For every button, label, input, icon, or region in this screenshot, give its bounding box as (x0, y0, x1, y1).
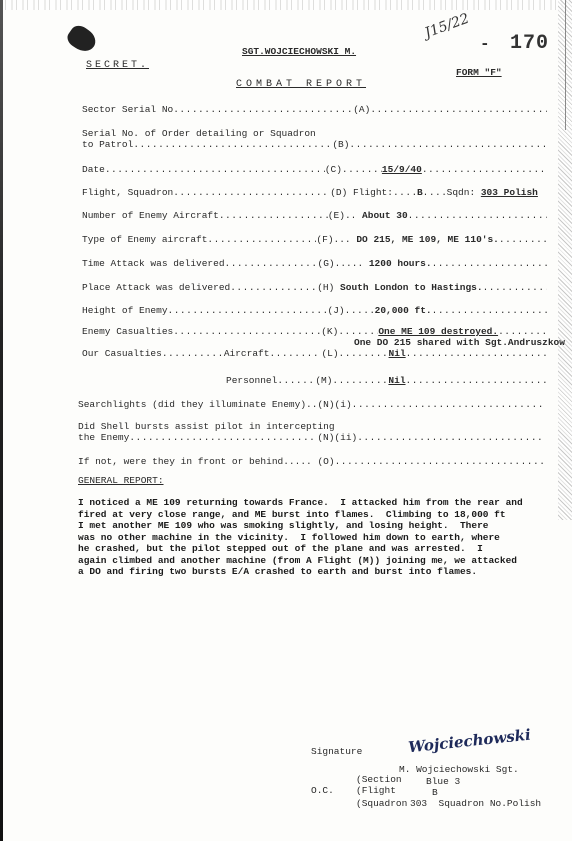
squadron-value: 303 Squadron No.Polish (410, 798, 541, 809)
field-date: Date(C)15/9/40 (82, 164, 547, 175)
field-enemy-casualties-line2: One DO 215 shared with Sgt.Andruszkow (354, 337, 565, 348)
pilot-name: SGT.WOJCIECHOWSKI M. (242, 46, 356, 58)
field-label: Height of Enemy (82, 305, 168, 316)
classification: SECRET. (86, 60, 149, 72)
handwritten-signature: Wojciechowski (407, 726, 531, 757)
field-front-or-behind: If not, were they in front or behind....… (78, 456, 543, 467)
general-report-heading: GENERAL REPORT: (78, 475, 164, 487)
field-order-serial-line1: Serial No. of Order detailing or Squadro… (82, 128, 547, 139)
scan-edge-top (0, 0, 572, 10)
field-label: If not, were they in front or behind (78, 456, 283, 467)
general-report-text: I noticed a ME 109 returning towards Fra… (78, 497, 538, 578)
field-label: Time Attack was delivered (82, 258, 225, 269)
field-code: (N)(i) (317, 399, 351, 410)
archive-reference: J15/22 (423, 13, 470, 40)
field-enemy-number: Number of Enemy Aircraft(E).. About 30 (82, 210, 547, 221)
section-label: (Section (356, 774, 402, 785)
field-shell-bursts-line1: Did Shell bursts assist pilot in interce… (78, 421, 543, 432)
field-label: Enemy Casualties (82, 326, 173, 337)
field-attack-place: Place Attack was delivered(H) South Lond… (82, 282, 547, 293)
field-our-casualties-personnel: Personnel(M)Nil (226, 375, 547, 386)
field-label: Searchlights (did they illuminate Enemy) (78, 399, 306, 410)
field-our-casualties-aircraft: Our CasualtiesAircraft(L)Nil (82, 348, 547, 359)
scan-edge-left (0, 0, 3, 841)
field-enemy-type: Type of Enemy aircraft(F)... DO 215, ME … (82, 234, 547, 245)
field-enemy-height: Height of Enemy(J)20,000 ft. (82, 305, 547, 316)
field-order-serial: to Patrol(B) (82, 139, 547, 150)
field-label: Serial No. of Order detailing or Squadro… (82, 128, 316, 139)
field-sector-serial: Sector Serial No(A) (82, 104, 547, 115)
field-label: Our Casualties (82, 348, 162, 359)
page-title: COMBAT REPORT (236, 79, 366, 91)
field-enemy-casualties: Enemy Casualties(K)One ME 109 destroyed. (82, 326, 547, 337)
field-label: Type of Enemy aircraft (82, 234, 207, 245)
field-sublabel: Aircraft (224, 348, 270, 359)
field-value: DO 215, ME 109, ME 110's. (356, 234, 499, 245)
field-label: Sector Serial No (82, 104, 173, 115)
squadron-label: (Squadron (356, 798, 407, 809)
ink-blot (64, 22, 100, 56)
field-shell-bursts: the Enemy(N)(ii) (78, 432, 543, 443)
oc-label: O.C. (311, 785, 334, 796)
field-code: (H) (317, 282, 334, 293)
field-code: (J) (328, 305, 345, 316)
field-code: (L) (321, 348, 338, 359)
field-value: 1200 hours. (369, 258, 432, 269)
field-value: 20,000 ft. (375, 305, 432, 316)
form-label: FORM "F" (456, 67, 502, 79)
field-label: Flight, Squadron (82, 187, 173, 198)
field-attack-time: Time Attack was delivered(G)..... 1200 h… (82, 258, 547, 269)
field-flight-squadron: Flight, Squadron(D) Flight:BSqdn: 303 Po… (82, 187, 547, 198)
field-sublabel: Personnel (226, 375, 277, 386)
signature-label: Signature (311, 746, 362, 757)
field-extra-value: 303 Polish (481, 187, 538, 198)
signatory-name: M. Wojciechowski Sgt. (399, 764, 519, 775)
field-label: Number of Enemy Aircraft (82, 210, 219, 221)
field-label: Place Attack was delivered (82, 282, 230, 293)
general-report-body: I noticed a ME 109 returning towards Fra… (78, 497, 538, 578)
field-code: (K) (321, 326, 338, 337)
field-value: One ME 109 destroyed. (378, 326, 498, 337)
field-code: (D) Flight: (330, 187, 393, 198)
field-label: Date (82, 164, 105, 175)
field-value: Nil (389, 348, 406, 359)
field-value: South London to Hastings. (340, 282, 483, 293)
field-code: (M) (315, 375, 332, 386)
field-extra-label: Sqdn: (447, 187, 476, 198)
combat-report-page: J15/22 - 170 SGT.WOJCIECHOWSKI M. SECRET… (0, 0, 572, 841)
field-value: About 30 (362, 210, 408, 221)
field-code: (C) (325, 164, 342, 175)
field-code: (B) (332, 139, 349, 150)
field-value: Nil (388, 375, 405, 386)
scan-edge-line (565, 0, 566, 130)
section-value: Blue 3 (426, 776, 460, 787)
field-searchlights: Searchlights (did they illuminate Enemy)… (78, 399, 543, 410)
field-value: 15/9/40 (382, 164, 422, 175)
field-code: (N)(ii) (317, 432, 357, 443)
flight-label: (Flight (356, 785, 396, 796)
flight-value: B (432, 787, 438, 798)
field-code: (O) (317, 456, 334, 467)
field-code: (E) (328, 210, 345, 221)
field-label: Did Shell bursts assist pilot in interce… (78, 421, 335, 432)
field-code: (A) (353, 104, 370, 115)
field-label: to Patrol (82, 139, 133, 150)
field-label: the Enemy (78, 432, 129, 443)
page-dash: - (480, 38, 490, 50)
page-number: 170 (510, 38, 549, 50)
field-code: (F) (316, 234, 333, 245)
field-code: (G) (318, 258, 335, 269)
